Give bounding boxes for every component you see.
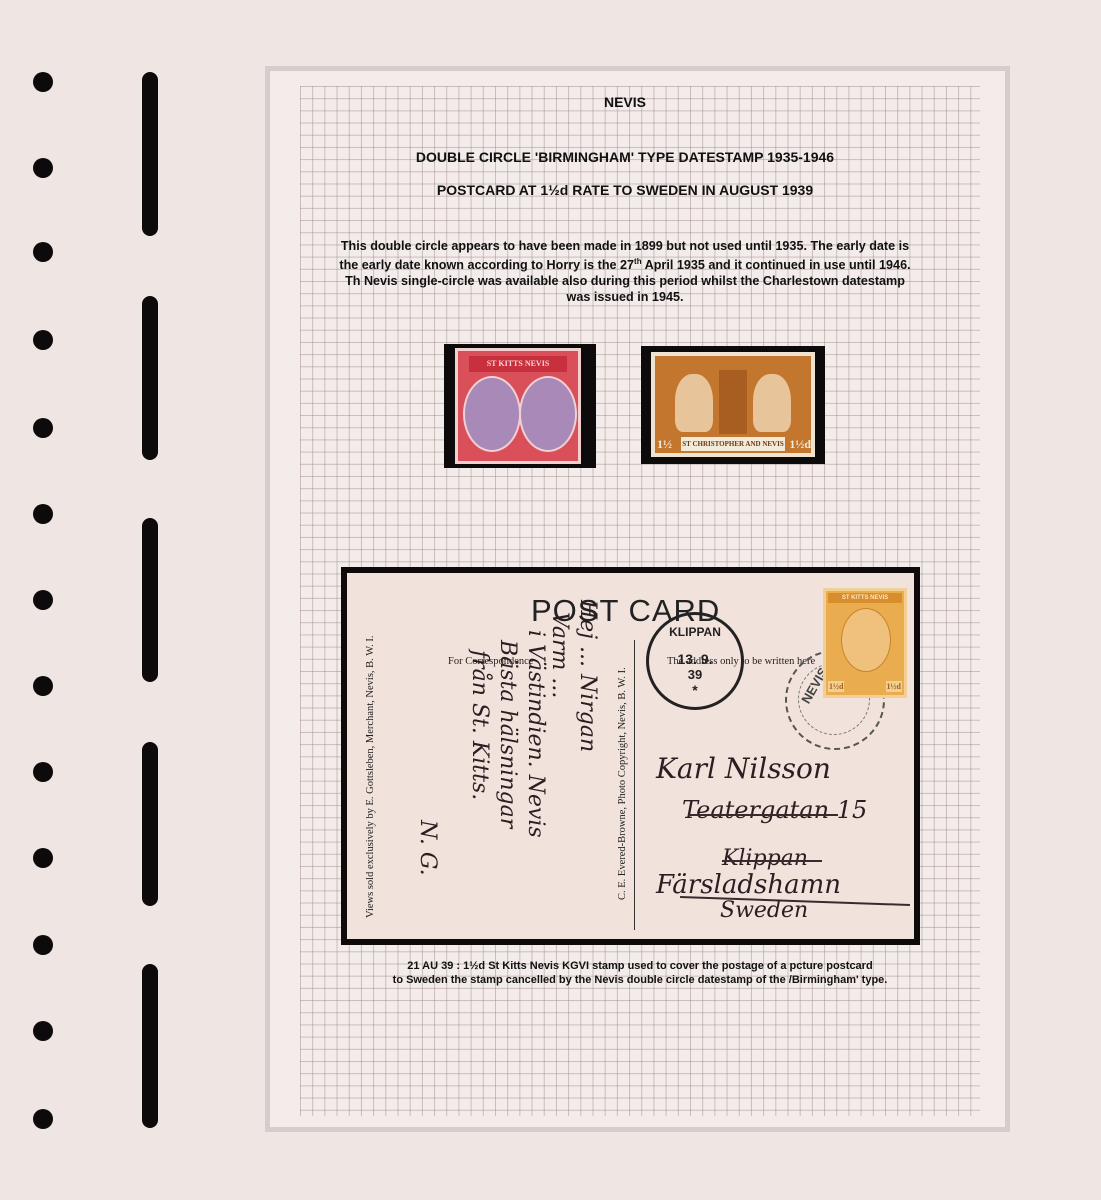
- binder-hole: [33, 1109, 53, 1129]
- caption-line: to Sweden the stamp cancelled by the Nev…: [330, 973, 950, 987]
- binder-hole: [33, 762, 53, 782]
- klippan-postmark: KLIPPAN 13. 9. 39 *: [646, 612, 744, 710]
- binder-hole: [33, 158, 53, 178]
- binder-hole: [33, 1021, 53, 1041]
- address-street: Teatergatan 15: [682, 796, 867, 824]
- handwritten-message-line: Bästa hälsningar: [495, 640, 520, 828]
- coronation-stamp: 1½ ST CHRISTOPHER AND NEVIS 1½d: [651, 352, 815, 457]
- paragraph-line: the early date known according to Horry …: [280, 254, 970, 273]
- strike-through: [688, 814, 838, 816]
- paragraph-text: the early date known according to Horry …: [339, 258, 634, 272]
- binder-slot: [142, 72, 158, 236]
- strike-through: [722, 860, 822, 862]
- publisher-credit: Views sold exclusively by E. Gottsleben,…: [365, 635, 376, 918]
- binder-slot: [142, 296, 158, 460]
- paragraph-line: was issued in 1945.: [280, 289, 970, 305]
- stamp-value-left: 1½d: [828, 681, 844, 692]
- postcard-divider: [634, 640, 635, 930]
- binder-hole: [33, 848, 53, 868]
- binder-hole: [33, 330, 53, 350]
- address-name: Karl Nilsson: [656, 752, 831, 785]
- paragraph-text: April 1935 and it continued in use until…: [642, 258, 911, 272]
- stamp-label: ST CHRISTOPHER AND NEVIS: [681, 437, 785, 451]
- postmark-date: 13. 9.: [649, 651, 741, 667]
- postmark-year: 39: [649, 667, 741, 682]
- binder-hole: [33, 242, 53, 262]
- paragraph-line: Th Nevis single-circle was available als…: [280, 273, 970, 289]
- ordinal-suffix: th: [634, 257, 642, 266]
- binder-slot: [142, 518, 158, 682]
- postmark-town: KLIPPAN: [649, 625, 741, 639]
- stamp-value-right: 1½d: [886, 681, 902, 692]
- address-country: Sweden: [720, 898, 808, 923]
- stamp-value-right: 1½d: [789, 437, 811, 452]
- medallion-stamp: ST KITTS NEVIS: [455, 348, 581, 464]
- page-title: NEVIS: [280, 94, 970, 110]
- paragraph-line: This double circle appears to have been …: [280, 238, 970, 254]
- star-icon: *: [649, 682, 741, 698]
- king-portrait: [753, 374, 791, 432]
- photo-credit: C. E. Evered-Browne, Photo Copyright, Ne…: [617, 667, 628, 900]
- kgvi-stamp: ST KITTS NEVIS 1½d 1½d: [823, 588, 907, 698]
- caption-line: 21 AU 39 : 1½d St Kitts Nevis KGVI stamp…: [330, 959, 950, 973]
- handwritten-message-line: från St. Kitts.: [467, 650, 492, 800]
- address-town-struck: Klippan: [722, 846, 808, 871]
- stamp-header: ST KITTS NEVIS: [469, 356, 567, 372]
- page-subtitle-rate: POSTCARD AT 1½d RATE TO SWEDEN IN AUGUST…: [280, 182, 970, 198]
- binder-slot: [142, 742, 158, 906]
- crown-emblem: [719, 370, 747, 434]
- handwritten-message-line: i Västindien. Nevis: [523, 630, 548, 838]
- page-subtitle: DOUBLE CIRCLE 'BIRMINGHAM' TYPE DATESTAM…: [280, 149, 970, 165]
- stamp-medallion-right: [519, 376, 577, 452]
- binder-slot: [142, 964, 158, 1128]
- binder-hole: [33, 676, 53, 696]
- binder-hole: [33, 72, 53, 92]
- stamp-medallion-left: [463, 376, 521, 452]
- binder-hole: [33, 418, 53, 438]
- handwritten-signature: N. G.: [415, 820, 440, 876]
- queen-portrait: [675, 374, 713, 432]
- stamp-value-left: 1½: [657, 437, 672, 452]
- binder-hole: [33, 935, 53, 955]
- handwritten-message-line: Varm ...: [547, 612, 572, 698]
- postcard-caption: 21 AU 39 : 1½d St Kitts Nevis KGVI stamp…: [330, 959, 950, 987]
- stamp-header: ST KITTS NEVIS: [828, 593, 902, 603]
- description-paragraph: This double circle appears to have been …: [280, 238, 970, 305]
- binder-hole: [33, 504, 53, 524]
- king-portrait: [841, 608, 891, 672]
- handwritten-message-line: Hej ... Nirgan: [575, 600, 600, 752]
- binder-hole: [33, 590, 53, 610]
